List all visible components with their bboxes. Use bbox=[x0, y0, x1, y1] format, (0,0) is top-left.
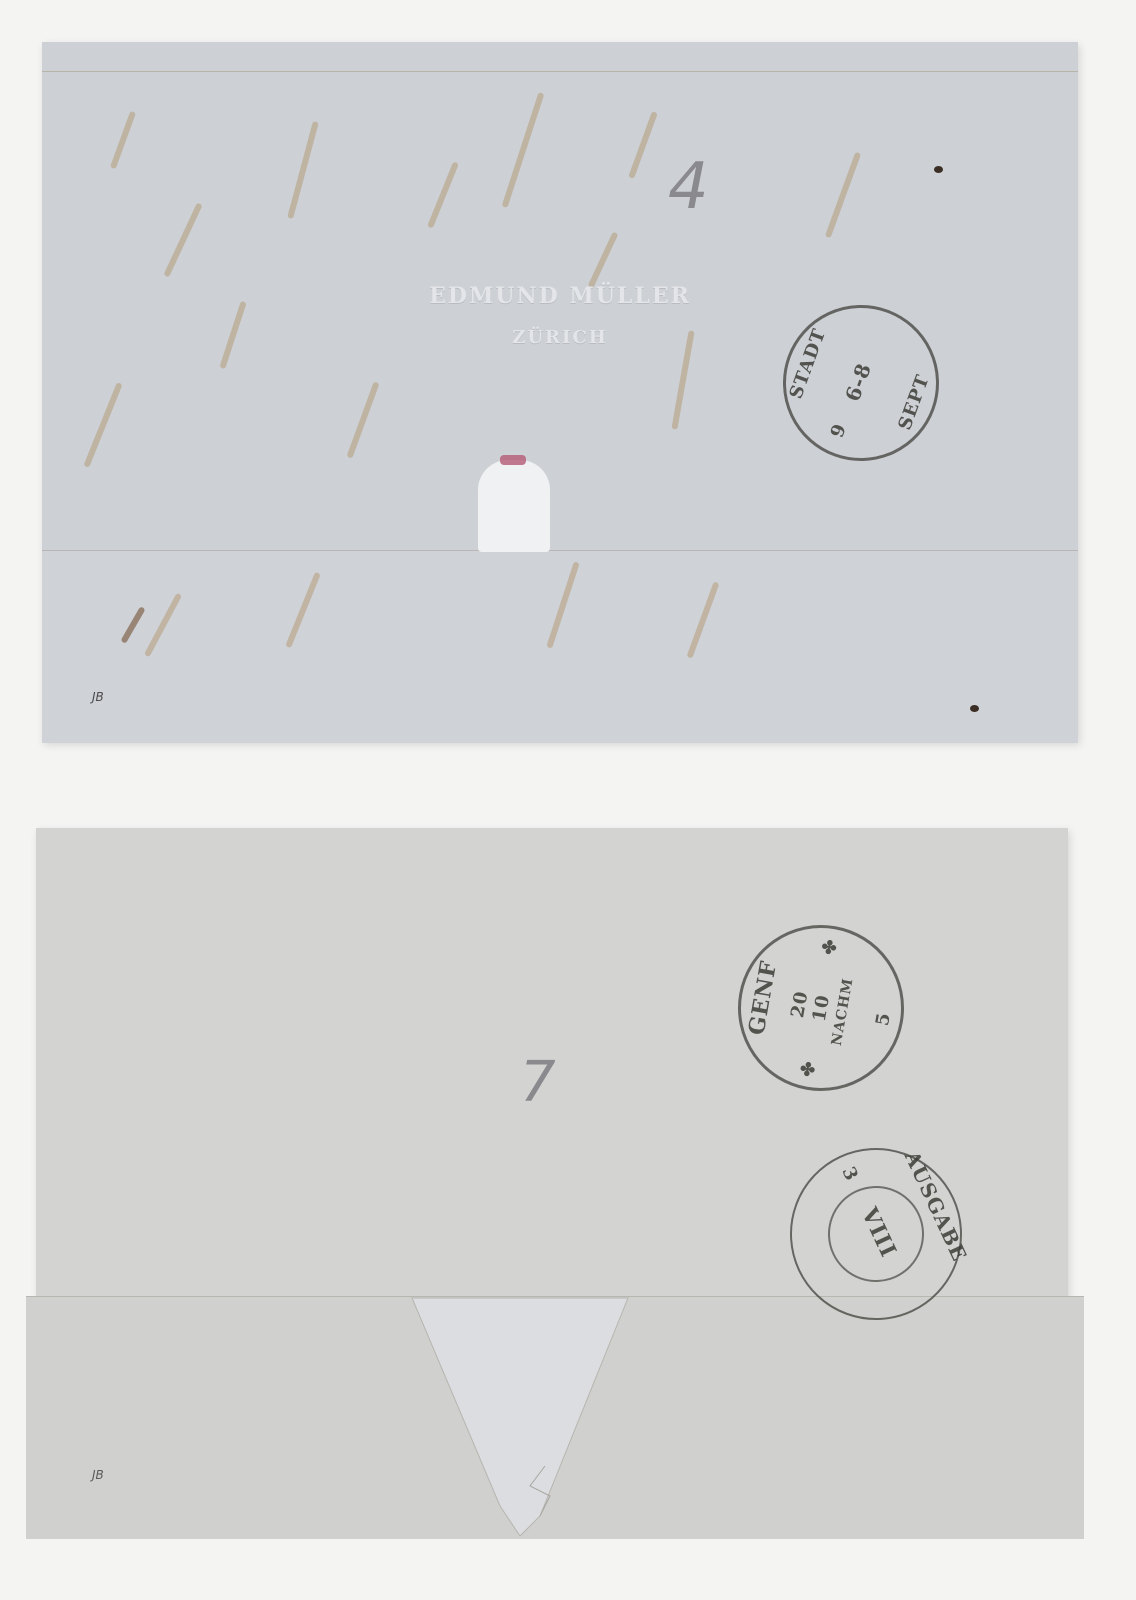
postmark-number: 3 bbox=[837, 1164, 862, 1185]
postmark-city: GENF bbox=[744, 958, 783, 1037]
postmark-line2: 10 bbox=[809, 993, 834, 1023]
postmark-bottom: 5 bbox=[872, 1011, 895, 1028]
pencil-number: 7 bbox=[520, 1050, 556, 1115]
v-torn-flap bbox=[400, 1296, 660, 1536]
corner-mark: JB bbox=[92, 1468, 104, 1482]
postmark-line3: NACHM bbox=[829, 977, 857, 1047]
ornament-icon: ✤ bbox=[797, 1059, 820, 1078]
bottom-letter: 7 JB GENF 20 10 NACHM 5 ✤ ✤ AUSGABE 3 VI… bbox=[0, 0, 1136, 1600]
ornament-icon: ✤ bbox=[819, 937, 842, 956]
